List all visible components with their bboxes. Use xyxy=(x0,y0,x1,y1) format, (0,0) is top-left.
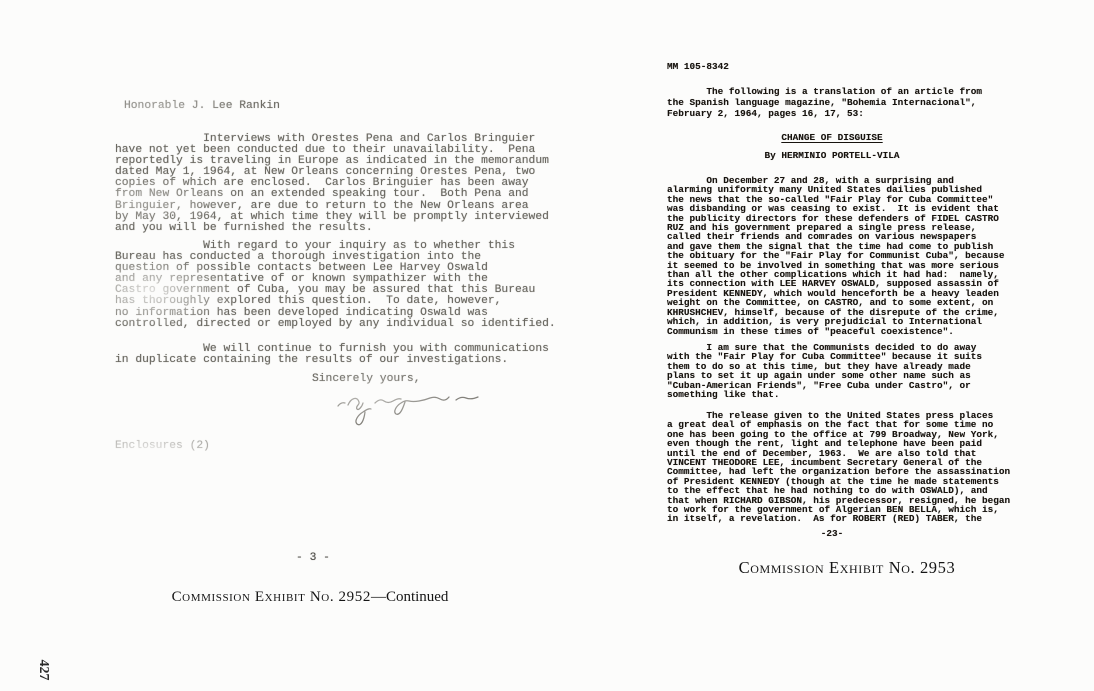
letter-enclosures-note: Enclosures (2) xyxy=(115,441,210,452)
exhibit-caption-2953: Commission Exhibit No. 2953 xyxy=(692,558,1002,578)
article-byline: By HERMINIO PORTELL-VILA xyxy=(667,151,997,160)
handwritten-signature xyxy=(334,383,496,429)
letter-salutation: Honorable J. Lee Rankin xyxy=(124,101,280,112)
exhibit-caption-2952-main: Commission Exhibit No. 2952 xyxy=(172,589,371,605)
volume-folio-number: 427 xyxy=(31,653,51,687)
scanned-document-page: { "folio": "427", "left_page": { "saluta… xyxy=(0,0,1094,691)
translation-intro: The following is a translation of an art… xyxy=(667,86,982,120)
article-paragraph-2: I am sure that the Communists decided to… xyxy=(667,343,982,399)
article-title: CHANGE OF DISGUISE xyxy=(667,133,997,142)
article-page-number: -23- xyxy=(667,529,997,538)
letter-paragraph-3: We will continue to furnish you with com… xyxy=(115,344,549,366)
letter-paragraph-2: With regard to your inquiry as to whethe… xyxy=(115,241,556,330)
letter-page-number: - 3 - xyxy=(283,553,343,564)
letter-paragraph-1: Interviews with Orestes Pena and Carlos … xyxy=(115,134,549,234)
signature-scrawl-icon xyxy=(334,383,496,429)
exhibit-caption-2952-suffix: —Continued xyxy=(371,589,449,605)
file-number: MM 105-8342 xyxy=(667,62,729,71)
article-paragraph-1: On December 27 and 28, with a surprising… xyxy=(667,176,1005,336)
exhibit-caption-2952: Commission Exhibit No. 2952—Continued xyxy=(143,589,477,606)
article-paragraph-3: The release given to the United States p… xyxy=(667,411,1010,524)
